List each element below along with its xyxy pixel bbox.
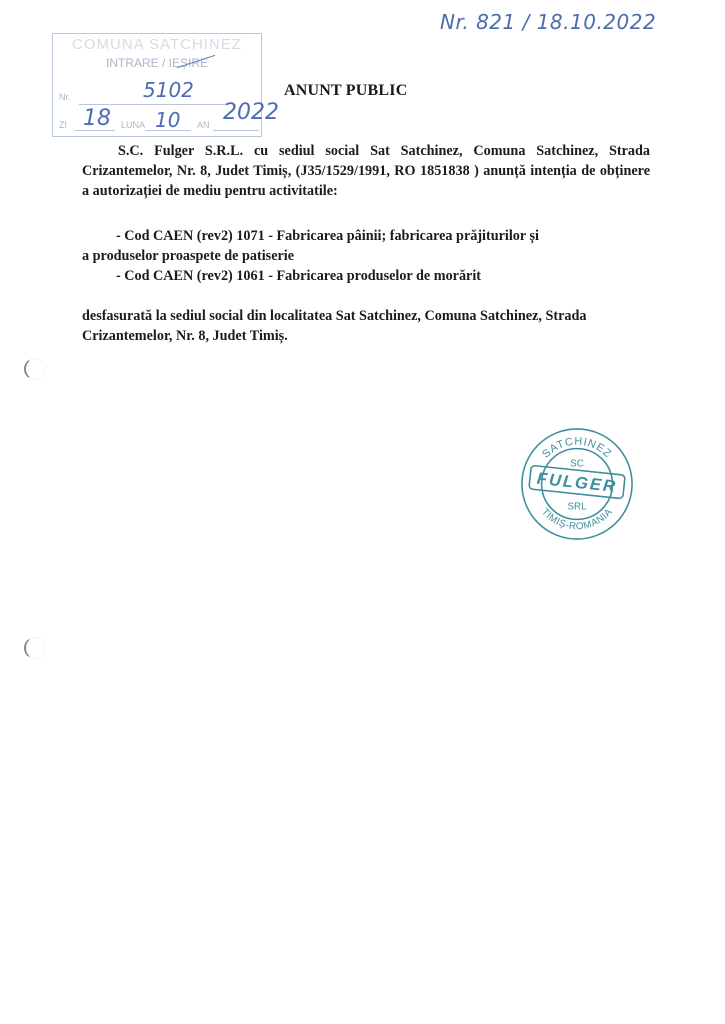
- intro-paragraph: S.C. Fulger S.R.L. cu sediul social Sat …: [82, 141, 650, 201]
- handwritten-reference: Nr. 821 / 18.10.2022: [440, 10, 656, 34]
- document-title: ANUNT PUBLIC: [284, 82, 407, 100]
- stamp-nr-line: [79, 104, 229, 105]
- stamp-direction: INTRARE / IEȘIRE: [53, 56, 261, 70]
- registration-stamp: COMUNA SATCHINEZ INTRARE / IEȘIRE Nr. 51…: [52, 33, 262, 137]
- stamp-day-value: 18: [83, 106, 111, 131]
- stamp-nr-value: 5102: [143, 78, 194, 102]
- activity-code-line: - Cod CAEN (rev2) 1061 - Fabricarea prod…: [82, 266, 650, 286]
- stamp-nr-label: Nr.: [59, 92, 71, 102]
- stamp-year-line: [213, 130, 259, 131]
- stamp-year-label: AN: [197, 120, 210, 130]
- location-paragraph: desfasurată la sediul social din localit…: [82, 306, 650, 346]
- scan-punch-mark: [24, 637, 46, 659]
- activity-continuation: a produselor proaspete de patiserie: [82, 248, 294, 264]
- activity-item: - Cod CAEN (rev2) 1071 - Fabricarea pâin…: [82, 226, 650, 266]
- stamp-year-value: 2022: [223, 100, 279, 125]
- stamp-prefix: SC: [570, 458, 584, 469]
- activity-code-line: - Cod CAEN (rev2) 1071 - Fabricarea pâin…: [82, 226, 650, 246]
- scan-punch-mark: [24, 358, 46, 380]
- company-stamp: SATCHINEZ SC FULGER SRL TIMIȘ-ROMANIA: [518, 425, 636, 543]
- document-page: COMUNA SATCHINEZ INTRARE / IEȘIRE Nr. 51…: [0, 0, 725, 1024]
- stamp-day-label: ZI: [59, 120, 67, 130]
- stamp-suffix: SRL: [567, 502, 587, 513]
- stamp-institution: COMUNA SATCHINEZ: [53, 36, 261, 53]
- activity-item: - Cod CAEN (rev2) 1061 - Fabricarea prod…: [82, 266, 650, 286]
- stamp-month-label: LUNA: [121, 120, 145, 130]
- stamp-month-value: 10: [155, 108, 180, 132]
